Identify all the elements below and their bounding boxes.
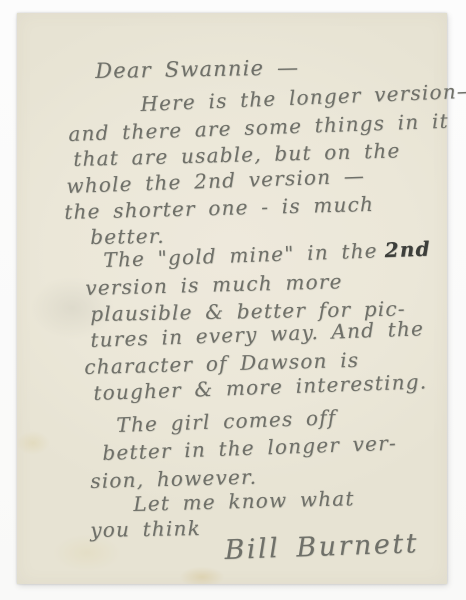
letter-line: you think — [90, 516, 201, 542]
letter-signature: Bill Burnett — [224, 528, 420, 566]
letter-line: version is much more — [85, 269, 343, 300]
scan-background: Dear Swannie — Here is the longer versio… — [0, 0, 466, 600]
letter-line: better. — [90, 224, 165, 249]
letter-salutation: Dear Swannie — — [95, 55, 299, 83]
inserted-darker-text: 2nd — [384, 237, 431, 263]
letter-paper: Dear Swannie — Here is the longer versio… — [17, 13, 447, 584]
letter-line: Let me know what — [133, 486, 355, 516]
letter-line: The girl comes off — [116, 405, 337, 437]
letter-line: the shorter one - is much — [64, 192, 374, 224]
